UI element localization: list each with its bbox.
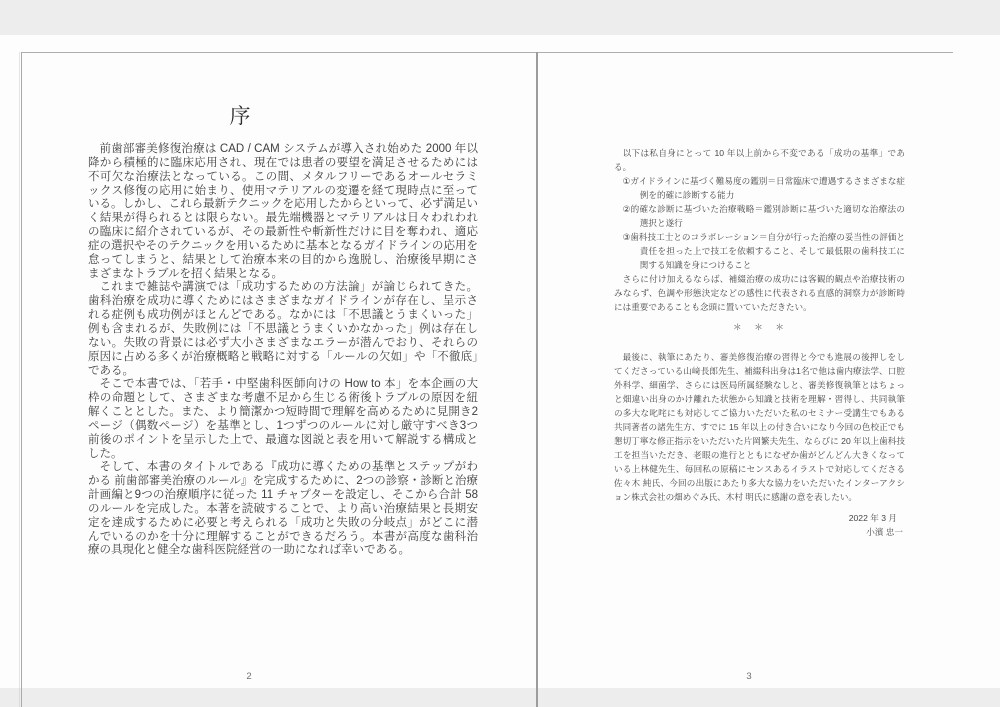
page-left-edge-line [21,52,22,707]
scan-background-band-bottom [0,688,1000,707]
paragraph: 前歯部審美修復治療は CAD / CAM システムが導入され始めた 2000 年… [88,143,478,281]
acknowledgements-paragraph: 最後に、執筆にあたり、審美修復治療の習得と今でも進展の後押しをしてくださっている… [614,350,905,504]
success-criteria-intro: 以下は私自身にとって 10 年以上前から不変である「成功の基準」である。 [614,146,905,174]
paragraph: そして、本書のタイトルである『成功に導くための基準とステップがわかる 前歯部審美… [88,461,478,558]
scan-background-band-top [0,0,1000,35]
author-signature: 小濱 忠一 [614,525,905,539]
preface-body-continued: 以下は私自身にとって 10 年以上前から不変である「成功の基準」である。 ①ガイ… [614,146,905,539]
criteria-item-3: ③歯科技工士とのコラボレーション＝自分が行った治療の妥当性の評価と責任を担った上… [614,230,905,272]
preface-title: 序 [21,100,461,130]
criteria-item-1: ①ガイドラインに基づく難易度の鑑別＝日常臨床で遭遇するさまざまな症例を的確に診断… [614,174,905,202]
book-spine-divider [536,52,538,707]
preface-body: 前歯部審美修復治療は CAD / CAM システムが導入され始めた 2000 年… [88,143,478,558]
page-number-left: 2 [21,671,477,682]
addendum-paragraph: さらに付け加えるならば、補綴治療の成功には客観的観点や治療技術のみならず、色調や… [614,272,905,314]
paragraph: これまで雑誌や講演では「成功するための方法論」が論じられてきた。歯科治療を成功に… [88,281,478,378]
page-top-edge-line [21,52,953,53]
criteria-item-2: ②的確な診断に基づいた治療戦略＝鑑別診断に基づいた適切な治療法の選択と遂行 [614,202,905,230]
page-number-right: 3 [537,671,961,682]
paragraph: そこで本書では、「若手・中堅歯科医師向けの How to 本」を本企画の大枠の命… [88,378,478,461]
asterisk-separator: ＊ ＊ ＊ [614,320,905,334]
date-line: 2022 年 3 月 [614,511,905,525]
